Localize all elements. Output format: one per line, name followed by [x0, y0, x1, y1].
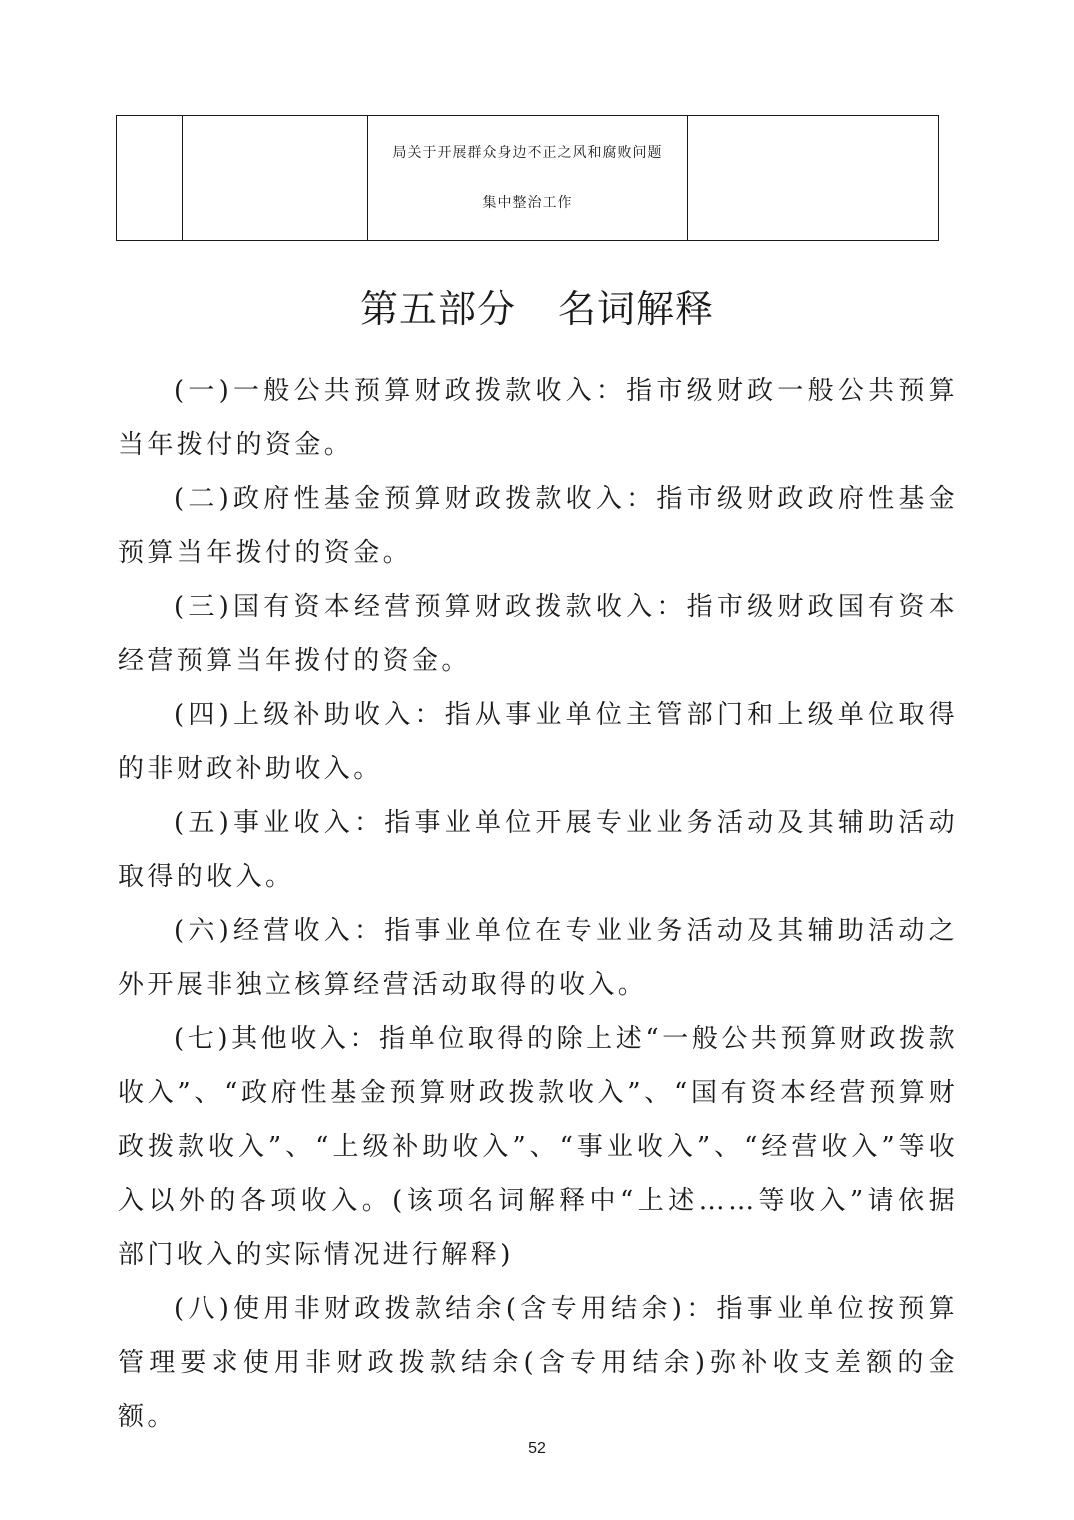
definition-text: 经营收入：指事业单位在专业业务活动及其辅助活动之外开展非独立核算经营活动取得的收…	[118, 916, 958, 1000]
table-cell-index	[117, 116, 183, 241]
section-part-label: 第五部分	[360, 287, 516, 331]
definition-text: 其他收入：指单位取得的除上述“一般公共预算财政拨款收入”、“政府性基金预算财政拨…	[118, 1024, 958, 1270]
definition-item: (四)上级补助收入：指从事业单位主管部门和上级单位取得的非财政补助收入。	[118, 688, 958, 796]
definition-marker: (二)	[174, 484, 232, 514]
definition-text: 政府性基金预算财政拨款收入：指市级财政政府性基金预算当年拨付的资金。	[118, 484, 958, 568]
table-cell-basis-line-1: 局关于开展群众身边不正之风和腐败问题	[368, 128, 687, 178]
definition-marker: (一)	[174, 376, 232, 406]
definition-marker: (八)	[174, 1294, 232, 1324]
definition-item: (八)使用非财政拨款结余(含专用结余)：指事业单位按预算管理要求使用非财政拨款结…	[118, 1282, 958, 1444]
definition-text: 上级补助收入：指从事业单位主管部门和上级单位取得的非财政补助收入。	[118, 700, 958, 784]
definition-text: 国有资本经营预算财政拨款收入：指市级财政国有资本经营预算当年拨付的资金。	[118, 592, 958, 676]
table-cell-notes	[688, 116, 939, 241]
continued-table: 局关于开展群众身边不正之风和腐败问题 集中整治工作	[116, 115, 939, 241]
definition-text: 一般公共预算财政拨款收入：指市级财政一般公共预算当年拨付的资金。	[118, 376, 958, 460]
table-cell-basis: 局关于开展群众身边不正之风和腐败问题 集中整治工作	[368, 116, 688, 241]
section-title: 名词解释	[558, 287, 714, 331]
definition-marker: (七)	[174, 1024, 231, 1054]
definition-marker: (四)	[174, 700, 232, 730]
definition-marker: (三)	[174, 592, 232, 622]
table-row: 局关于开展群众身边不正之风和腐败问题 集中整治工作	[117, 116, 939, 241]
definition-item: (七)其他收入：指单位取得的除上述“一般公共预算财政拨款收入”、“政府性基金预算…	[118, 1012, 958, 1282]
definition-text: 使用非财政拨款结余(含专用结余)：指事业单位按预算管理要求使用非财政拨款结余(含…	[118, 1294, 958, 1432]
definition-item: (三)国有资本经营预算财政拨款收入：指市级财政国有资本经营预算当年拨付的资金。	[118, 580, 958, 688]
table-cell-name	[183, 116, 368, 241]
page-number: 52	[0, 1440, 1074, 1458]
definition-item: (一)一般公共预算财政拨款收入：指市级财政一般公共预算当年拨付的资金。	[118, 364, 958, 472]
definition-marker: (六)	[174, 916, 232, 946]
definition-item: (五)事业收入：指事业单位开展专业业务活动及其辅助活动取得的收入。	[118, 796, 958, 904]
definition-item: (六)经营收入：指事业单位在专业业务活动及其辅助活动之外开展非独立核算经营活动取…	[118, 904, 958, 1012]
table-cell-basis-line-2: 集中整治工作	[368, 178, 687, 228]
definitions-list: (一)一般公共预算财政拨款收入：指市级财政一般公共预算当年拨付的资金。 (二)政…	[118, 364, 958, 1444]
definition-text: 事业收入：指事业单位开展专业业务活动及其辅助活动取得的收入。	[118, 808, 958, 892]
section-heading: 第五部分名词解释	[0, 278, 1074, 333]
definition-item: (二)政府性基金预算财政拨款收入：指市级财政政府性基金预算当年拨付的资金。	[118, 472, 958, 580]
definition-marker: (五)	[174, 808, 232, 838]
